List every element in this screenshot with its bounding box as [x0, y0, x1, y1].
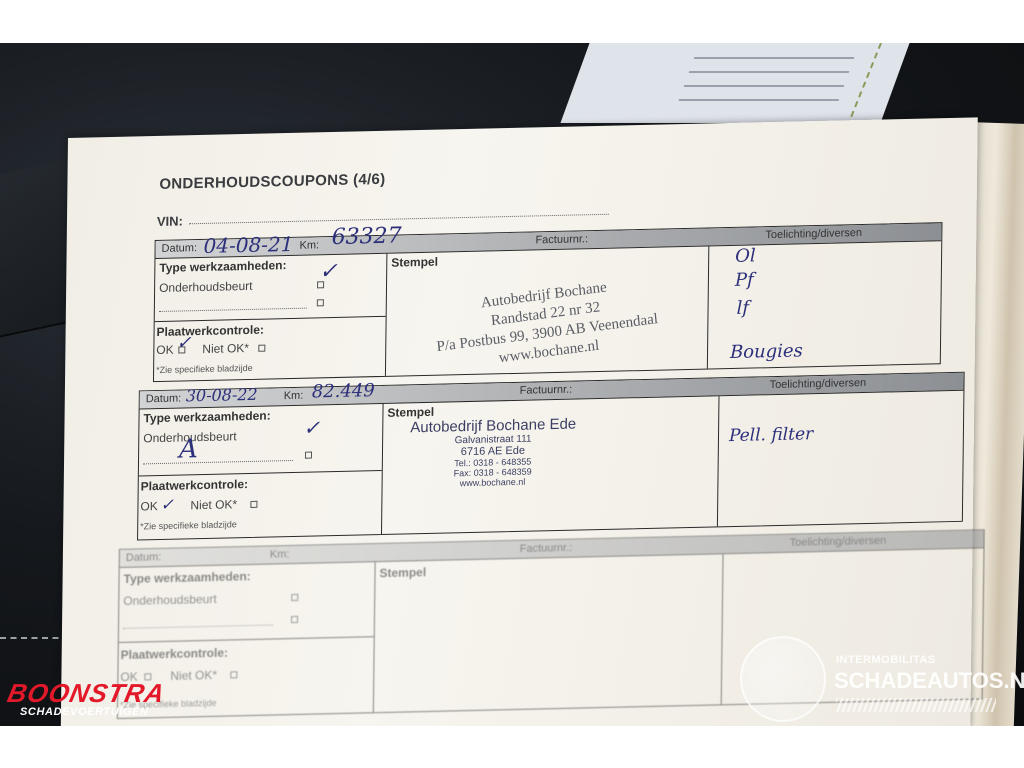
ok-label: OK	[156, 343, 174, 357]
check-mark-icon: ✓	[319, 259, 338, 284]
note-line: lf	[736, 298, 749, 319]
datum-label: Datum:	[146, 392, 182, 405]
extra-line	[159, 308, 307, 312]
datum-value: 04-08-21	[203, 232, 293, 258]
note-line: Pell. filter	[729, 424, 813, 446]
coupon-2: Datum: Km: Factuurnr.: Toelichting/diver…	[137, 372, 965, 541]
niet-ok-label: Niet OK*	[190, 497, 237, 512]
coupon-page: ONDERHOUDSCOUPONS (4/6) VIN: Datum: Km: …	[61, 117, 978, 726]
toelichting-column: Pell. filter	[718, 391, 964, 527]
extra-checkbox[interactable]	[305, 452, 312, 459]
stamp-garage: Autobedrijf Bochane Ede Galvanistraat 11…	[403, 415, 584, 489]
check-mark-icon: ✓	[160, 495, 174, 514]
note-line: Bougies	[730, 340, 803, 363]
werkzaamheden-column: Type werkzaamheden: Onderhoudsbeurt ✓ A …	[138, 404, 384, 540]
ok-label: OK	[140, 499, 158, 513]
stempel-label: Stempel	[387, 405, 434, 420]
stempel-column: Stempel Autobedrijf Bochane Ede Galvanis…	[382, 396, 720, 534]
onderhoudsbeurt-checkbox[interactable]	[291, 594, 298, 601]
toelichting-label: Toelichting/diversen	[765, 227, 862, 241]
km-label: Km:	[299, 239, 319, 251]
coupon-1: Datum: Km: Factuurnr.: Toelichting/diver…	[153, 222, 943, 382]
factuurnr-label: Factuurnr.:	[535, 233, 588, 246]
niet-ok-checkbox[interactable]	[250, 501, 257, 508]
plaatwerkcontrole-label: Plaatwerkcontrole:	[141, 477, 249, 493]
extra-line-value: A	[179, 434, 198, 464]
intermobilitas-label: INTERMOBILITAS	[836, 654, 936, 666]
extra-checkbox[interactable]	[317, 299, 324, 306]
footnote: *Zie specifieke bladzijde	[156, 363, 253, 375]
factuurnr-label: Factuurnr.:	[520, 384, 573, 397]
km-value: 82.449	[312, 380, 375, 402]
type-werkzaamheden-label: Type werkzaamheden:	[143, 408, 270, 425]
onderhoudsbeurt-label: Onderhoudsbeurt	[159, 279, 253, 295]
check-mark-icon: ✓	[303, 415, 320, 439]
niet-ok-checkbox[interactable]	[258, 345, 265, 352]
hatch-decoration	[836, 698, 996, 712]
intermobilitas-logo: INTERMOBILITAS SCHADEAUTOS.NL	[740, 636, 1024, 726]
check-mark-icon: ✓	[176, 332, 191, 353]
stempel-column: Stempel	[374, 554, 724, 712]
note-line: Pf	[735, 269, 754, 290]
globe-icon	[740, 636, 826, 722]
background-document	[560, 43, 909, 123]
factuurnr-label: Factuurnr.:	[520, 542, 573, 555]
type-werkzaamheden-label: Type werkzaamheden:	[123, 569, 250, 586]
km-label: Km:	[284, 390, 304, 402]
toelichting-label: Toelichting/diversen	[790, 535, 887, 549]
stempel-column: Stempel Autobedrijf Bochane Randstad 22 …	[386, 246, 709, 375]
boonstra-logo: BOONSTRA SCHADEVOERTUIGEN	[8, 680, 208, 724]
niet-ok-label: Niet OK*	[202, 341, 249, 356]
extra-line	[143, 460, 293, 464]
km-value: 63327	[331, 223, 401, 250]
stempel-label: Stempel	[391, 255, 438, 270]
boonstra-brand: BOONSTRA	[5, 680, 211, 706]
extra-checkbox[interactable]	[291, 616, 298, 623]
plaatwerkcontrole-label: Plaatwerkcontrole:	[156, 323, 264, 339]
type-werkzaamheden-label: Type werkzaamheden:	[159, 258, 286, 275]
onderhoudsbeurt-label: Onderhoudsbeurt	[123, 592, 217, 608]
extra-line	[123, 624, 273, 628]
datum-label: Datum:	[126, 551, 162, 564]
plaatwerkcontrole-label: Plaatwerkcontrole:	[121, 645, 229, 661]
photo-background: ONDERHOUDSCOUPONS (4/6) VIN: Datum: Km: …	[0, 43, 1024, 726]
stempel-label: Stempel	[379, 565, 426, 580]
toelichting-label: Toelichting/diversen	[770, 377, 867, 391]
niet-ok-checkbox[interactable]	[230, 671, 237, 678]
vin-label: VIN:	[157, 213, 183, 229]
footnote: *Zie specifieke bladzijde	[140, 519, 237, 531]
km-label: Km:	[270, 548, 290, 560]
schadeautos-label: SCHADEAUTOS.NL	[834, 668, 1024, 694]
page-title: ONDERHOUDSCOUPONS (4/6)	[159, 171, 385, 193]
stamp-garage: Autobedrijf Bochane Randstad 22 nr 32 P/…	[394, 267, 700, 381]
datum-label: Datum:	[162, 242, 198, 255]
note-line: Ol	[735, 245, 756, 266]
toelichting-column: Ol Pf lf Bougies	[708, 241, 941, 368]
werkzaamheden-column: Type werkzaamheden: Onderhoudsbeurt ✓ Pl…	[154, 254, 387, 381]
datum-value: 30-08-22	[186, 385, 258, 406]
